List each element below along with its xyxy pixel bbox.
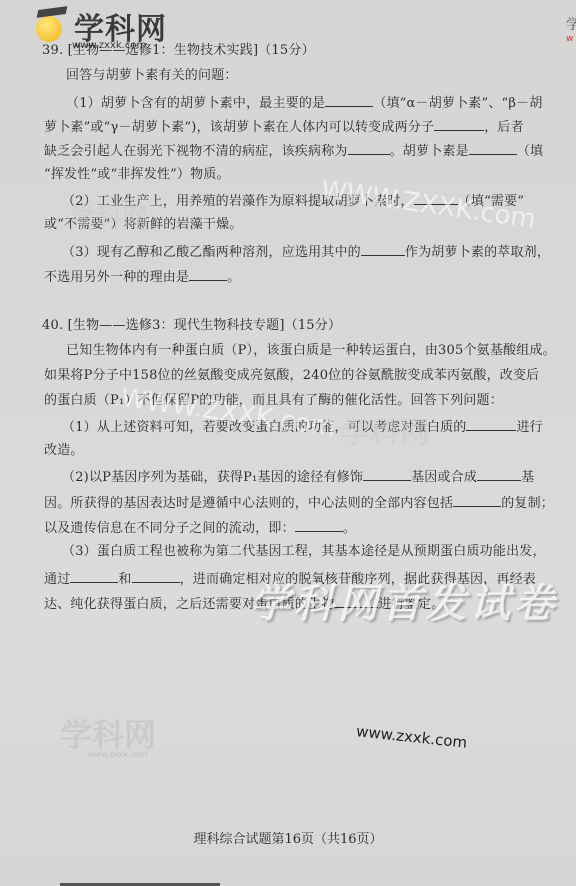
- text: 基因或合成: [411, 470, 477, 485]
- answer-blank[interactable]: [453, 494, 501, 507]
- q40-intro-line1: 已知生物体内有一种蛋白质（P），该蛋白质是一种转运蛋白，由305个氨基酸组成。: [66, 343, 556, 359]
- text: 因。所获得的基因表达时是遵循中心法则的，中心法则的全部内容包括: [44, 496, 453, 511]
- text: 不选用另外一种的理由是: [44, 270, 189, 285]
- q40-header: 40. [生物——选修3：现代生物科技专题]（15分）: [42, 318, 341, 334]
- q40-part2-line2: 因。所获得的基因表达时是遵循中心法则的，中心法则的全部内容包括的复制；: [44, 494, 554, 512]
- q39-part1-line1: （1）胡萝卜含有的胡萝卜素中，最主要的是（填“α－胡萝卜素”、“β－胡: [66, 94, 543, 112]
- watermark-logo: 学科网: [340, 408, 430, 452]
- text: 进行: [516, 420, 542, 435]
- q39-part3-line1: （3）现有乙醇和乙酸乙酯两种溶剂，应选用其中的作为胡萝卜素的萃取剂，: [62, 243, 550, 261]
- text: 通过: [44, 572, 70, 587]
- answer-blank[interactable]: [348, 142, 390, 155]
- answer-blank[interactable]: [189, 268, 227, 281]
- watermark-logo: 学科网: [70, 198, 148, 235]
- q39-intro: 回答与胡萝卜素有关的问题：: [66, 68, 238, 84]
- q40-part2-line1: （2)以P基因序列为基础，获得P₁基因的途径有修饰基因或合成基: [62, 468, 534, 486]
- text: 缺乏会引起人在弱光下视物不清的病症，该疾病称为: [44, 144, 348, 159]
- answer-blank[interactable]: [363, 468, 411, 481]
- text: 。胡萝卜素是: [390, 144, 469, 159]
- watermark-banner: 学科网首发试卷: [250, 572, 558, 629]
- text: 作为胡萝卜素的萃取剂，: [405, 245, 550, 260]
- q39-part1-line2: 萝卜素”或“γ－胡萝卜素”)，该胡萝卜素在人体内可以转变成两分子，后者: [44, 118, 524, 136]
- right-edge-logo: 学 w: [566, 14, 576, 44]
- site-url: www.zxxk.com: [355, 722, 468, 752]
- answer-blank[interactable]: [361, 243, 405, 256]
- watermark-url: www.zxxk.com: [88, 750, 147, 759]
- text: ，后者: [484, 120, 524, 135]
- text: （2)以P基因序列为基础，获得P₁基因的途径有修饰: [62, 470, 363, 485]
- answer-blank[interactable]: [132, 570, 180, 583]
- q39-part1-line3: 缺乏会引起人在弱光下视物不清的病症，该疾病称为。胡萝卜素是（填: [44, 142, 543, 160]
- answer-blank[interactable]: [477, 468, 521, 481]
- right-logo-url: w: [566, 34, 576, 44]
- answer-blank[interactable]: [469, 142, 517, 155]
- q40-part3-line1: （3）蛋白质工程也被称为第二代基因工程，其基本途径是从预期蛋白质功能出发，: [62, 544, 546, 560]
- text: （3）现有乙醇和乙酸乙酯两种溶剂，应选用其中的: [62, 245, 361, 260]
- right-logo-char: 学: [566, 17, 576, 33]
- answer-blank[interactable]: [295, 519, 343, 532]
- q40-part1-line2: 改造。: [44, 443, 84, 459]
- text: 。: [343, 521, 356, 536]
- page-footer: 理科综合试题第16页（共16页）: [0, 828, 576, 847]
- text: 的复制；: [501, 496, 554, 511]
- q39-part3-line2: 不选用另外一种的理由是。: [44, 268, 240, 286]
- text: 基: [521, 470, 534, 485]
- text: （填: [517, 144, 543, 159]
- answer-blank[interactable]: [70, 570, 118, 583]
- text: （填“α－胡萝卜素”、“β－胡: [373, 96, 542, 111]
- exam-page: 学科网 www.zxxk.com 学 w 39. [生物——选修1：生物技术实践…: [0, 0, 576, 886]
- text: 和: [118, 572, 131, 587]
- q40-part2-line3: 以及遗传信息在不同分子之间的流动，即：。: [44, 519, 356, 537]
- q39-header: 39. [生物——选修1：生物技术实践]（15分）: [42, 43, 315, 59]
- watermark-url: WWW.ZXXK.com: [319, 175, 538, 235]
- answer-blank[interactable]: [466, 418, 516, 431]
- mascot-icon: [36, 16, 62, 42]
- answer-blank[interactable]: [434, 118, 484, 131]
- text: 萝卜素”或“γ－胡萝卜素”)，该胡萝卜素在人体内可以转变成两分子: [44, 120, 434, 135]
- text: 以及遗传信息在不同分子之间的流动，即：: [44, 521, 295, 536]
- answer-blank[interactable]: [325, 94, 373, 107]
- text: 。: [227, 270, 240, 285]
- text: （1）胡萝卜含有的胡萝卜素中，最主要的是: [66, 96, 325, 111]
- q39-part1-line4: “挥发性”或“非挥发性”）物质。: [44, 167, 230, 183]
- q40-intro-line2: 如果将P分子中158位的丝氨酸变成亮氨酸，240位的谷氨酰胺变成苯丙氨酸，改变后: [44, 368, 539, 384]
